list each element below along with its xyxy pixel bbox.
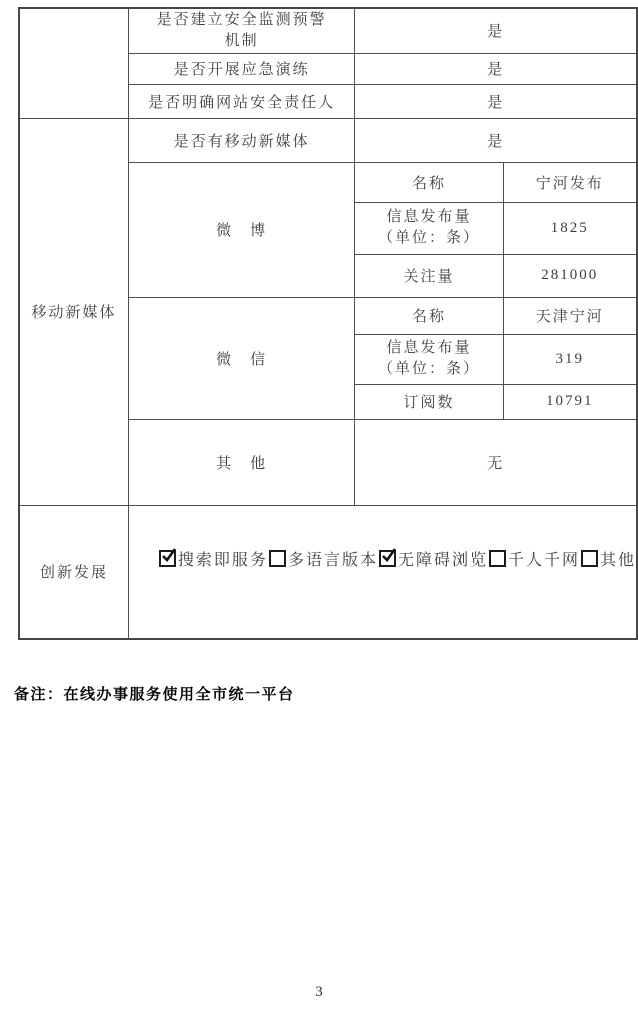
check-icon: [160, 547, 178, 565]
cell-has-mobile-label: 是否有移动新媒体: [128, 118, 355, 162]
wechat-posts-label-line1: 信息发布量: [355, 338, 502, 359]
cell-wechat-subscribers-value: 10791: [503, 384, 637, 419]
cell-wechat-posts-value: 319: [503, 334, 637, 384]
cell-wechat-name-label: 名称: [355, 297, 503, 334]
cell-other-media-label: 其 他: [128, 419, 355, 505]
cell-weibo-followers-label: 关注量: [355, 254, 503, 297]
check-icon: [380, 547, 398, 565]
cell-security-answer-2: 是: [355, 84, 637, 118]
cell-other-media-value: 无: [355, 419, 637, 505]
cell-security-question-0: 是否建立安全监测预警机制: [128, 8, 355, 53]
cell-security-question-1: 是否开展应急演练: [128, 53, 355, 84]
wechat-posts-label-line2: （单位：条）: [355, 359, 502, 380]
table-row: 是否建立安全监测预警机制 是: [19, 8, 637, 53]
table-row: 创新发展 搜索即服务多语言版本无障碍浏览千人千网其他: [19, 505, 637, 639]
cell-weibo-posts-value: 1825: [503, 202, 637, 254]
cell-weibo-label: 微 博: [128, 162, 355, 297]
table-row: 移动新媒体 是否有移动新媒体 是: [19, 118, 637, 162]
cell-wechat-label: 微 信: [128, 297, 355, 419]
checkbox-other[interactable]: [581, 550, 598, 567]
cell-wechat-name-value: 天津宁河: [503, 297, 637, 334]
checkbox-search-as-service[interactable]: [159, 550, 176, 567]
cell-group-innovation: 创新发展: [19, 505, 128, 639]
cell-security-question-2: 是否明确网站安全责任人: [128, 84, 355, 118]
cell-security-answer-0: 是: [355, 8, 637, 53]
cell-weibo-name-value: 宁河发布: [503, 162, 637, 202]
cell-security-answer-1: 是: [355, 53, 637, 84]
checkbox-label-search-as-service: 搜索即服务: [178, 547, 268, 570]
checkbox-label-personalized-web: 千人千网: [508, 547, 580, 570]
checkbox-label-multilingual: 多语言版本: [288, 547, 378, 570]
security-question-label: 是否建立安全监测预警机制: [152, 10, 332, 52]
footer-note: 备注：在线办事服务使用全市统一平台: [14, 683, 295, 704]
checkbox-accessibility[interactable]: [379, 550, 396, 567]
checkbox-multilingual[interactable]: [269, 550, 286, 567]
weibo-posts-label-line2: （单位：条）: [355, 228, 502, 249]
innovation-checkbox-row: 搜索即服务多语言版本无障碍浏览千人千网其他: [129, 547, 636, 570]
report-table: 是否建立安全监测预警机制 是 是否开展应急演练 是 是否明确网站安全责任人 是 …: [18, 7, 638, 640]
cell-group-blank: [19, 8, 128, 118]
cell-has-mobile-value: 是: [355, 118, 637, 162]
cell-weibo-name-label: 名称: [355, 162, 503, 202]
cell-innovation-options: 搜索即服务多语言版本无障碍浏览千人千网其他: [128, 505, 637, 639]
checkbox-personalized-web[interactable]: [489, 550, 506, 567]
checkbox-label-other: 其他: [600, 547, 636, 570]
checkbox-label-accessibility: 无障碍浏览: [398, 547, 488, 570]
page-number: 3: [0, 984, 638, 1001]
cell-weibo-followers-value: 281000: [503, 254, 637, 297]
cell-group-mobile-media: 移动新媒体: [19, 118, 128, 505]
weibo-posts-label-line1: 信息发布量: [355, 207, 502, 228]
cell-weibo-posts-label: 信息发布量 （单位：条）: [355, 202, 503, 254]
cell-wechat-subscribers-label: 订阅数: [355, 384, 503, 419]
cell-wechat-posts-label: 信息发布量 （单位：条）: [355, 334, 503, 384]
